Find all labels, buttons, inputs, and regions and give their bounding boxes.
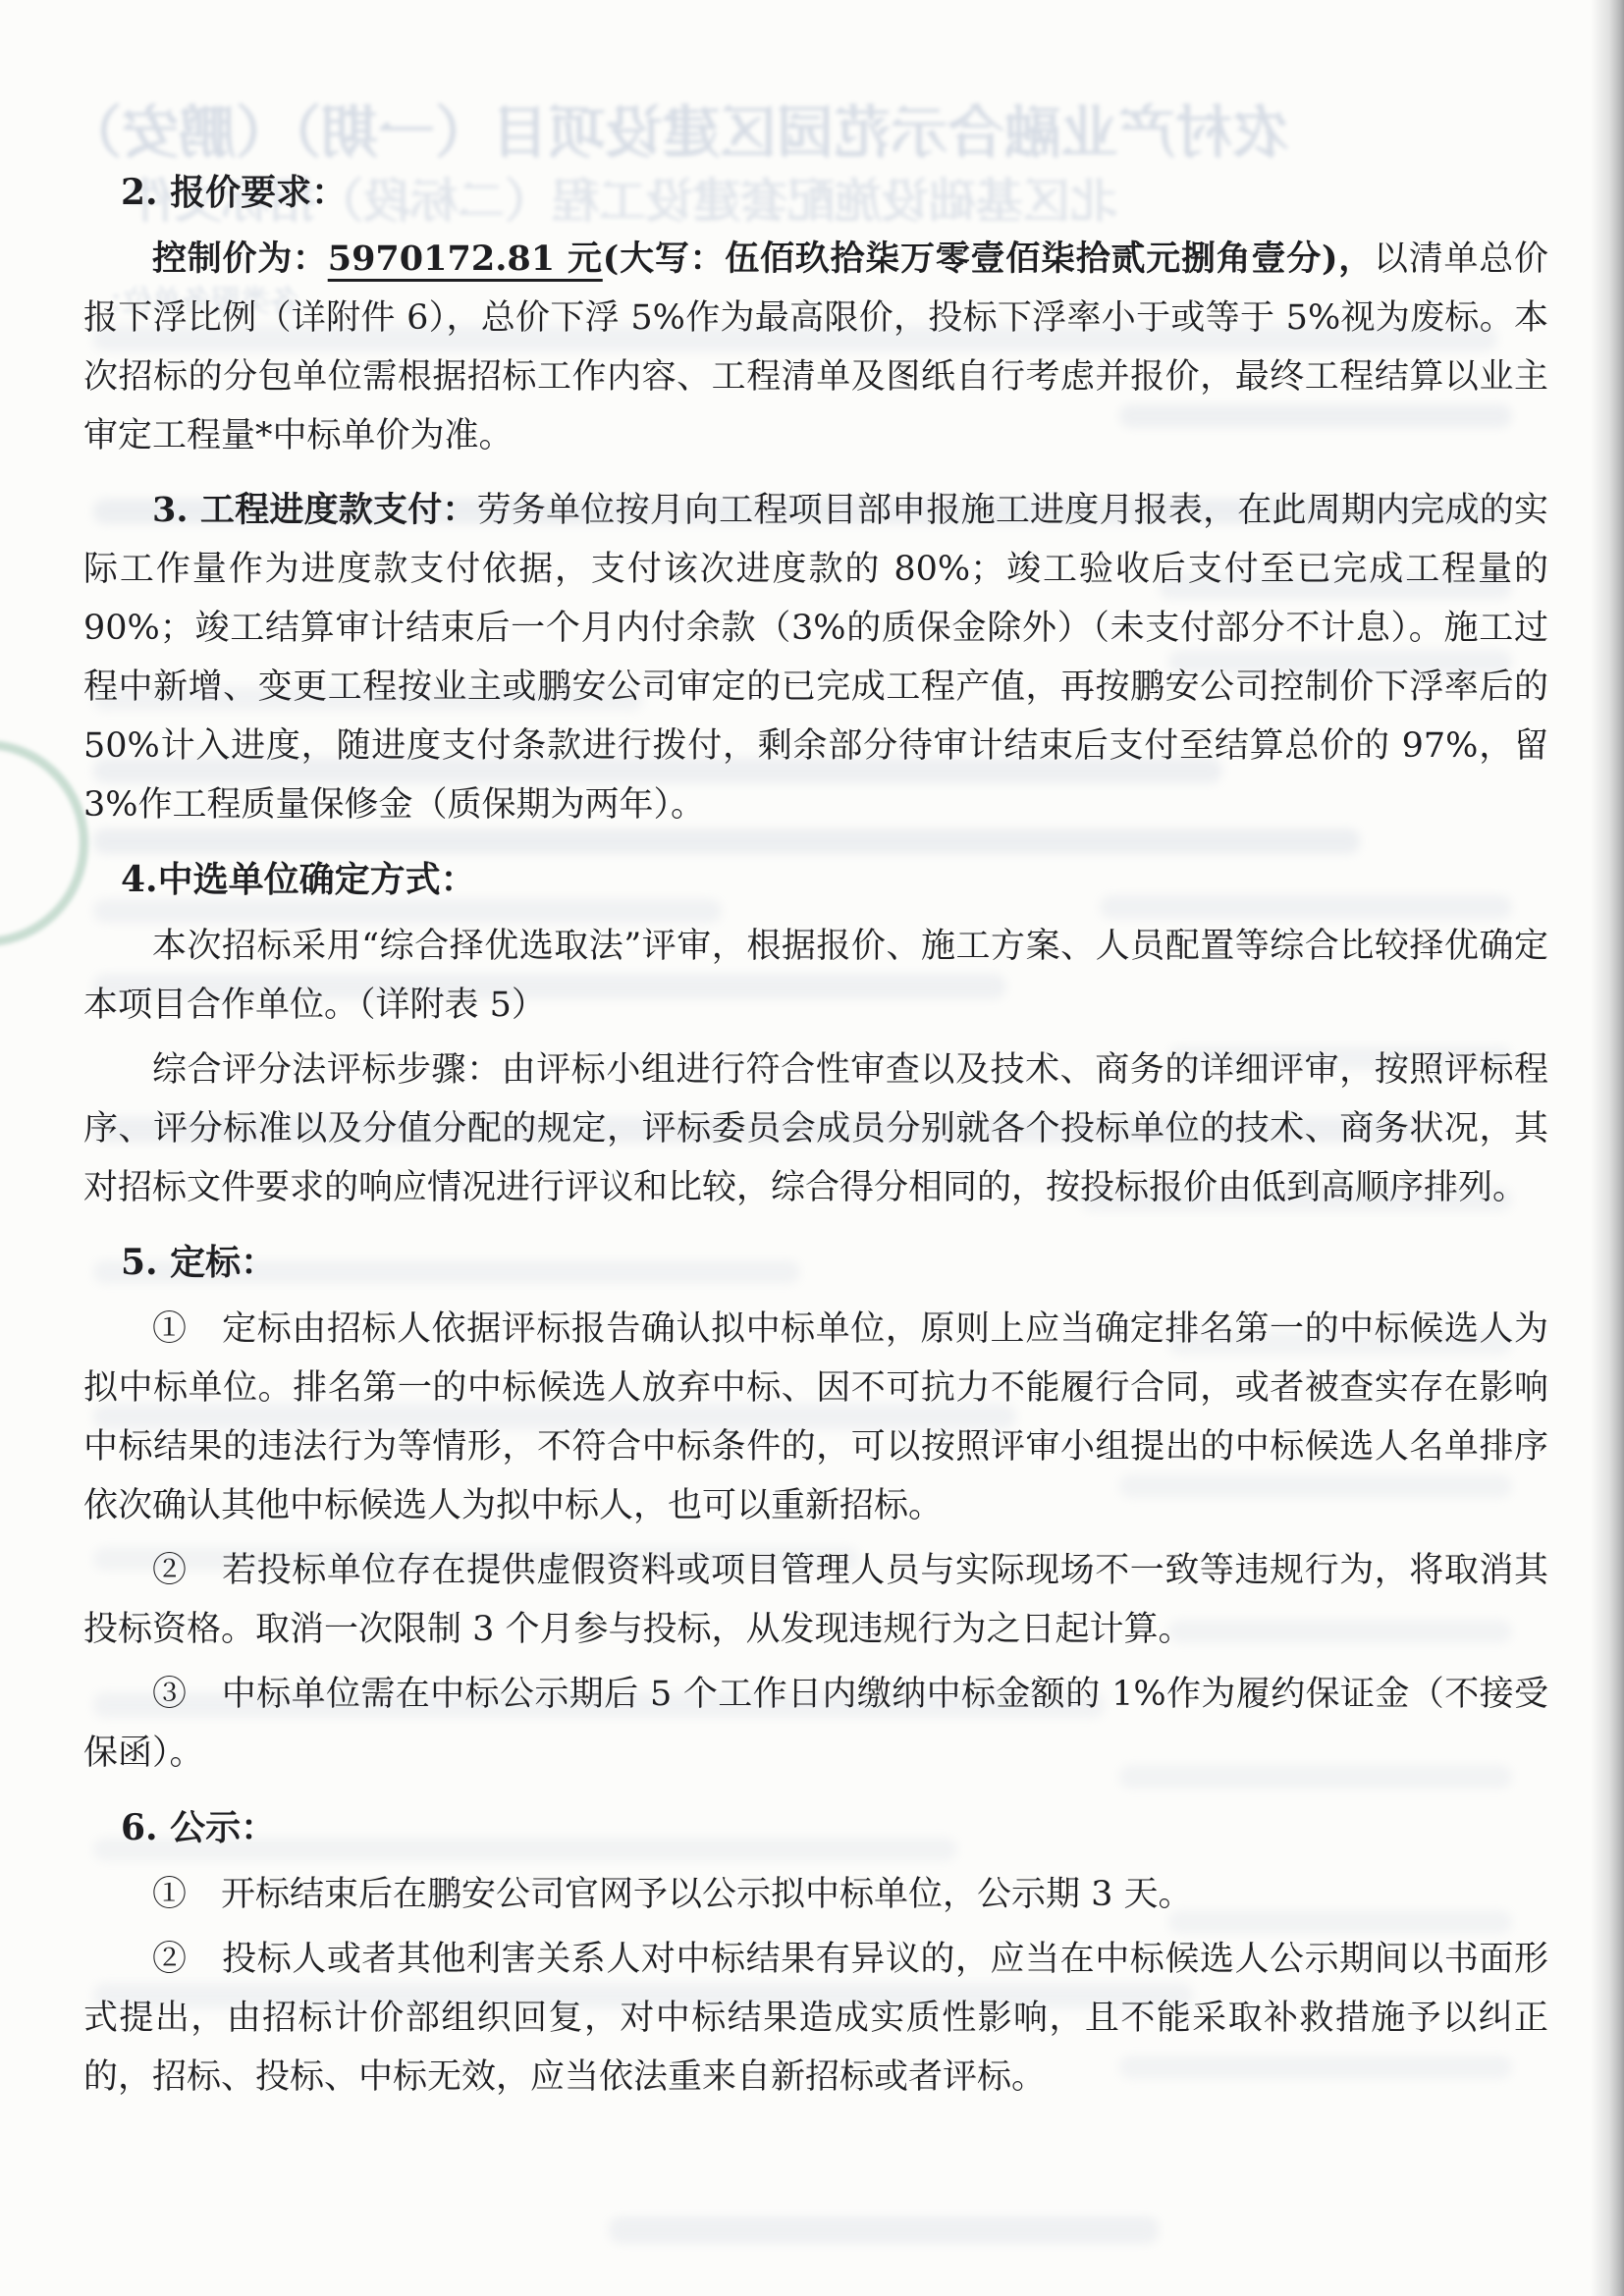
text-run: ① 定标由招标人依据评标报告确认拟中标单位，原则上应当确定排名第一的中标候选人为… <box>83 1309 1548 1525</box>
section-heading: 4.中选单位确定方式： <box>121 850 1548 909</box>
section-heading: 5. 定标： <box>121 1233 1548 1292</box>
scan-edge-shadow <box>1591 0 1624 2296</box>
document-body: 2. 报价要求：控制价为：5970172.81 元(大写：伍佰玖拾柒万零壹佰柒拾… <box>83 147 1548 2112</box>
text-run: 控制价为： <box>152 239 328 279</box>
text-run: ② 若投标单位存在提供虚假资料或项目管理人员与实际现场不一致等违规行为，将取消其… <box>83 1551 1548 1649</box>
text-run: ② 投标人或者其他利害关系人对中标结果有异议的，应当在中标候选人公示期间以书面形… <box>83 1940 1548 2097</box>
paragraph: 控制价为：5970172.81 元(大写：伍佰玖拾柒万零壹佰柒拾贰元捌角壹分)，… <box>83 230 1548 465</box>
paragraph: 3. 工程进度款支付：劳务单位按月向工程项目部申报施工进度月报表，在此周期内完成… <box>83 481 1548 834</box>
paragraph: ③ 中标单位需在中标公示期后 5 个工作日内缴纳中标金额的 1%作为履约保证金（… <box>83 1665 1548 1783</box>
section-heading: 6. 公示： <box>121 1798 1548 1857</box>
bleedthrough-smudge <box>609 2216 1159 2244</box>
paragraph: ② 投标人或者其他利害关系人对中标结果有异议的，应当在中标候选人公示期间以书面形… <box>83 1930 1548 2107</box>
text-run: (大写：伍佰玖拾柒万零壹佰柒拾贰元捌角壹分)， <box>603 239 1374 279</box>
seal-stamp-arc <box>0 740 88 946</box>
section-heading: 2. 报价要求： <box>121 163 1548 222</box>
text-run: 综合评分法评标步骤：由评标小组进行符合性审查以及技术、商务的详细评审，按照评标程… <box>83 1050 1548 1207</box>
text-run: 劳务单位按月向工程项目部申报施工进度月报表，在此周期内完成的实际工作量作为进度款… <box>83 491 1548 825</box>
paragraph: ② 若投标单位存在提供虚假资料或项目管理人员与实际现场不一致等违规行为，将取消其… <box>83 1541 1548 1659</box>
paragraph: 本次招标采用“综合择优选取法”评审，根据报价、施工方案、人员配置等综合比较择优确… <box>83 917 1548 1035</box>
scanned-document-page: 农村产业融合示范园区建设项目（一期）（鹏安）北区基础设施配套建设工程（二标段）招… <box>0 0 1624 2296</box>
text-run: 3. 工程进度款支付： <box>152 490 477 530</box>
paragraph: ① 定标由招标人依据评标报告确认拟中标单位，原则上应当确定排名第一的中标候选人为… <box>83 1300 1548 1535</box>
text-run: 5970172.81 元 <box>328 239 603 279</box>
text-run: ③ 中标单位需在中标公示期后 5 个工作日内缴纳中标金额的 1%作为履约保证金（… <box>83 1675 1548 1773</box>
text-run: 本次招标采用“综合择优选取法”评审，根据报价、施工方案、人员配置等综合比较择优确… <box>83 927 1548 1025</box>
paragraph: 综合评分法评标步骤：由评标小组进行符合性审查以及技术、商务的详细评审，按照评标程… <box>83 1041 1548 1217</box>
text-run: ① 开标结束后在鹏安公司官网予以公示拟中标单位，公示期 3 天。 <box>152 1875 1193 1914</box>
paragraph: ① 开标结束后在鹏安公司官网予以公示拟中标单位，公示期 3 天。 <box>83 1865 1548 1924</box>
